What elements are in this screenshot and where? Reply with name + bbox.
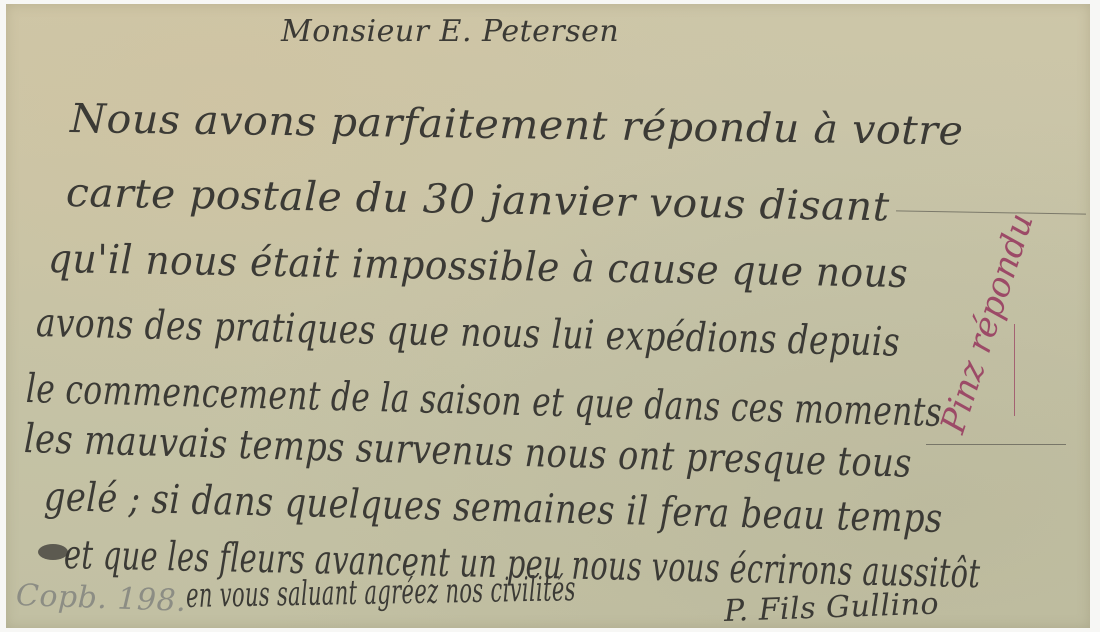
postcard: Monsieur E. Petersen Nous avons parfaite… bbox=[6, 4, 1090, 628]
body-line-3: qu'il nous était impossible à cause que … bbox=[48, 236, 909, 297]
margin-reference: Copb. 198. bbox=[15, 578, 186, 619]
red-annotation: Pinz répondu bbox=[933, 208, 1042, 438]
body-line-4: avons des pratiques que nous lui expédio… bbox=[35, 300, 900, 366]
body-line-9: en vous saluant agréez nos civilités bbox=[186, 569, 576, 616]
underline-stroke bbox=[896, 210, 1086, 214]
salutation: Monsieur E. Petersen bbox=[281, 14, 619, 49]
body-line-1: Nous avons parfaitement répondu à votre bbox=[70, 96, 964, 154]
signature: P. Fils Gullino bbox=[723, 587, 939, 629]
annotation-vertical-rule bbox=[1014, 324, 1015, 416]
underline-stroke bbox=[926, 444, 1066, 445]
body-line-2: carte postale du 30 janvier vous disant bbox=[66, 170, 890, 230]
body-line-7: gelé ; si dans quelques semaines il fera… bbox=[43, 474, 943, 542]
